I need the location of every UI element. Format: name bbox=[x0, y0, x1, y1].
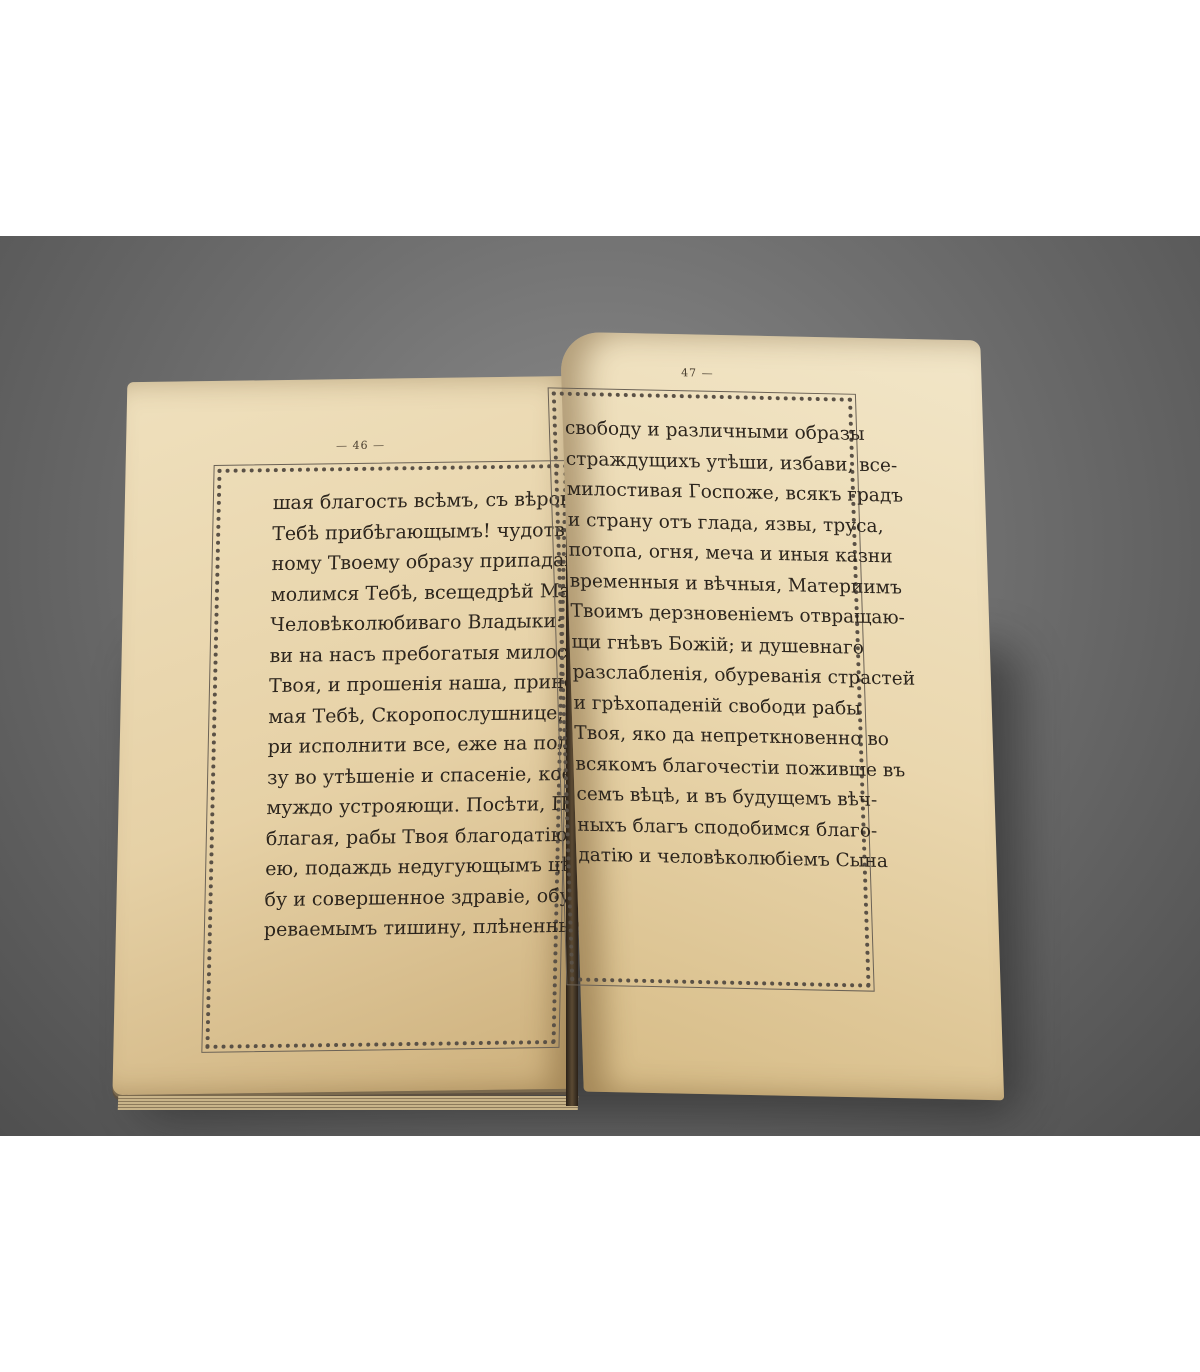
text-line: Твоя, и прошенія наша, приноси- bbox=[269, 667, 555, 701]
text-line: милостивая Госпоже, всякъ градъ bbox=[566, 475, 843, 511]
text-line: ви на насъ пребогатыя милости bbox=[269, 637, 555, 671]
right-page: 47 — свободу и различными образы стражду… bbox=[560, 332, 1004, 1101]
left-page: — 46 — шая благость всѣмъ, съ вѣрою къ Т… bbox=[112, 376, 582, 1095]
left-page-text: шая благость всѣмъ, съ вѣрою къ Тебѣ при… bbox=[264, 484, 559, 945]
page-edges bbox=[118, 1096, 578, 1110]
text-line: потопа, огня, меча и иныя казни bbox=[568, 536, 845, 572]
left-page-number: — 46 — bbox=[336, 439, 385, 453]
text-line: ному Твоему образу припадающе, bbox=[271, 545, 557, 579]
text-line: мая Тебѣ, Скоропослушнице, уско- bbox=[268, 698, 554, 732]
photograph: — 46 — шая благость всѣмъ, съ вѣрою къ Т… bbox=[0, 236, 1200, 1136]
right-page-number: 47 — bbox=[681, 366, 714, 380]
text-line: датію и человѣколюбіемъ Сына bbox=[578, 841, 855, 877]
text-line: Человѣколюбиваго Владыки: уди- bbox=[270, 606, 556, 640]
text-line: молимся Тебѣ, всещедрѣй Матери bbox=[271, 576, 557, 610]
text-line: благая, рабы Твоя благодатію Тво- bbox=[266, 820, 552, 854]
text-line: свободу и различными образы bbox=[564, 414, 841, 450]
text-line: ри исполнити все, еже на поль- bbox=[267, 728, 553, 762]
text-line: муждо устрояющи. Посѣти, Пре- bbox=[266, 789, 552, 823]
right-page-text: свободу и различными образы страждущихъ … bbox=[564, 414, 855, 877]
text-line: реваемымъ тишину, плѣненнымъ bbox=[264, 911, 550, 945]
text-line: Твоя, яко да непреткновенно во bbox=[574, 719, 851, 755]
text-line: зу во утѣшеніе и спасеніе, кое- bbox=[267, 759, 553, 793]
text-line: семъ вѣцѣ, и въ будущемъ вѣч- bbox=[576, 780, 853, 816]
text-line: ею, подаждь недугующымъ цѣль- bbox=[265, 850, 551, 884]
text-line: шая благость всѣмъ, съ вѣрою къ bbox=[273, 484, 559, 518]
text-line: бу и совершенное здравіе, обу- bbox=[264, 881, 550, 915]
text-line: Тебѣ прибѣгающымъ! чудотвор- bbox=[272, 515, 558, 549]
